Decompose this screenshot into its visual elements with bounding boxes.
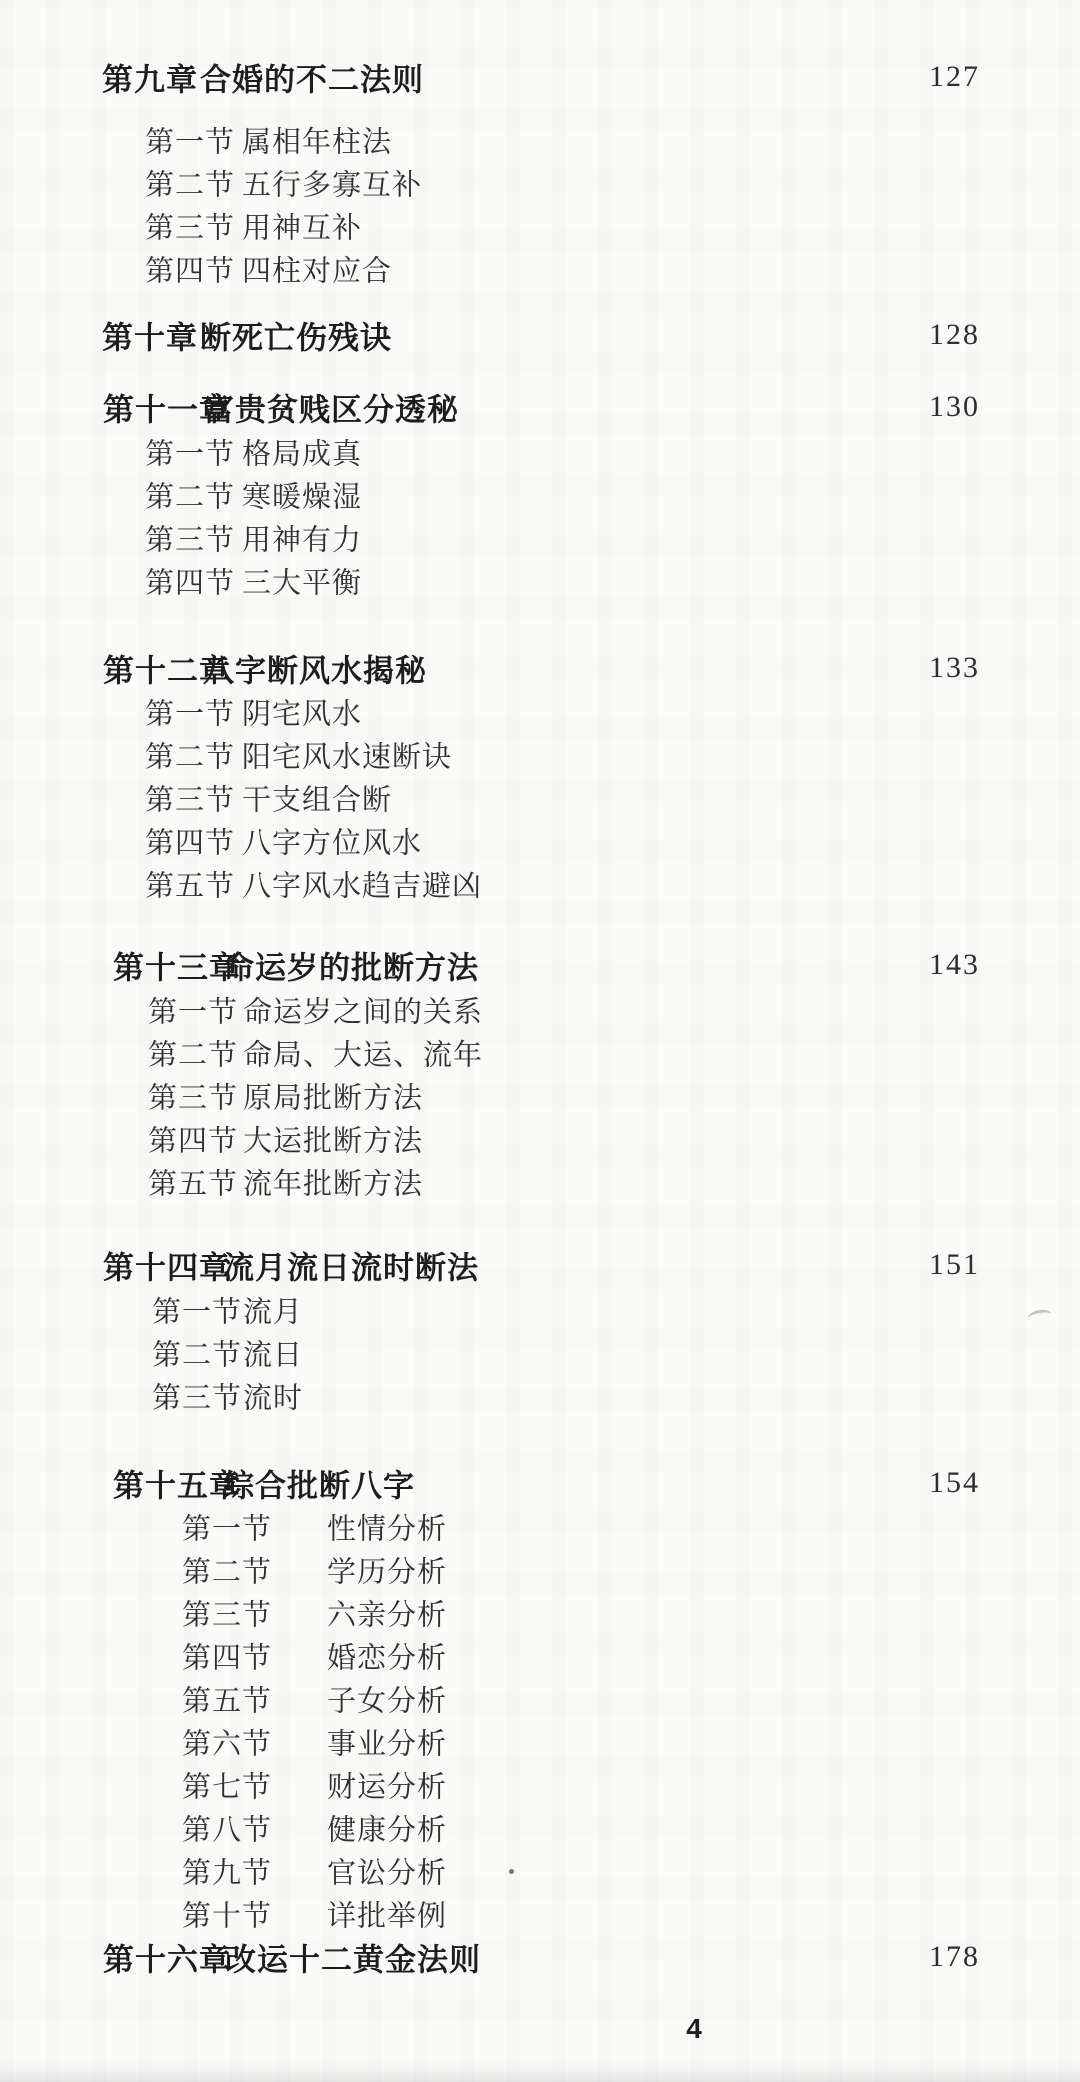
section-title: 属相年柱法 [242,119,392,160]
chapter-label: 第九章 [102,55,198,100]
section-title: 健康分析 [327,1807,447,1848]
toc-section-row: 第八节健康分析 [0,1806,1080,1849]
chapter-label: 第十四章 [103,1243,231,1288]
toc-section-row: 第七节财运分析 [0,1763,1080,1806]
section-title: 事业分析 [327,1721,447,1762]
section-label: 第二节 [152,1332,242,1373]
toc-section-row: 第五节子女分析 [0,1677,1080,1720]
section-title: 三大平衡 [242,560,362,601]
toc-section-list: 第一节阴宅风水第二节阳宅风水速断诀第三节干支组合断第四节八字方位风水第五节八字风… [0,690,1080,905]
toc-chapter-row: 第十章断死亡伤残诀128 [0,313,1080,357]
section-title: 格局成真 [242,431,362,472]
toc-section-row: 第三节流时 [0,1374,1080,1417]
toc-section-row: 第三节用神有力 [0,516,1080,559]
page-number-folio: 4 [670,2013,718,2045]
scan-speck [509,1869,514,1874]
toc-section-row: 第十节详批举例 [0,1892,1080,1935]
section-label: 第五节 [145,863,235,904]
toc-section-row: 第四节三大平衡 [0,559,1080,602]
section-title: 官讼分析 [327,1850,447,1891]
toc-section-row: 第三节干支组合断 [0,776,1080,819]
section-title: 财运分析 [327,1764,447,1805]
toc-section-row: 第六节事业分析 [0,1720,1080,1763]
section-label: 第四节 [182,1635,272,1676]
section-label: 第七节 [182,1764,272,1805]
toc-chapter-row: 第十二章八字断风水揭秘133 [0,646,1080,690]
toc-section-row: 第二节命局、大运、流年 [0,1031,1080,1074]
chapter-title: 富贵贫贱区分透秘 [203,385,459,430]
toc-chapter-row: 第十六章改运十二黄金法则178 [0,1935,1080,1979]
toc-section-row: 第一节阴宅风水 [0,690,1080,733]
toc-section-list: 第一节属相年柱法第二节五行多寡互补第三节用神互补第四节四柱对应合 [0,118,1080,290]
section-title: 干支组合断 [242,777,392,818]
section-label: 第四节 [148,1118,238,1159]
toc-chapter-row: 第十五章综合批断八字154 [0,1461,1080,1505]
toc-section-list: 第一节格局成真第二节寒暖燥湿第三节用神有力第四节三大平衡 [0,430,1080,602]
section-title: 婚恋分析 [327,1635,447,1676]
chapter-page-number: 128 [929,318,980,352]
toc-section-row: 第四节四柱对应合 [0,247,1080,290]
section-label: 第八节 [182,1807,272,1848]
section-label: 第十节 [182,1893,272,1934]
toc-section-row: 第三节六亲分析 [0,1591,1080,1634]
toc-chapter-block: 第十二章八字断风水揭秘133第一节阴宅风水第二节阳宅风水速断诀第三节干支组合断第… [0,646,1080,905]
toc-chapter-row: 第十三章命运岁的批断方法143 [0,943,1080,987]
section-label: 第四节 [145,560,235,601]
chapter-label: 第十六章 [103,1935,231,1980]
scan-edge-shadow [0,2066,1080,2082]
toc-chapter-row: 第九章合婚的不二法则127 [0,55,1080,99]
chapter-label: 第十章 [102,313,198,358]
section-label: 第二节 [145,734,235,775]
section-label: 第四节 [145,820,235,861]
toc-chapter-row: 第十四章流月流日流时断法151 [0,1243,1080,1287]
section-label: 第三节 [145,777,235,818]
section-title: 四柱对应合 [242,248,392,289]
section-label: 第一节 [148,989,238,1030]
toc-section-row: 第一节属相年柱法 [0,118,1080,161]
section-label: 第一节 [182,1506,272,1547]
section-title: 用神互补 [242,205,362,246]
chapter-title: 合婚的不二法则 [200,55,424,100]
toc-section-row: 第五节流年批断方法 [0,1160,1080,1203]
chapter-page-number: 154 [929,1466,980,1500]
section-title: 详批举例 [327,1893,447,1934]
toc-section-row: 第二节寒暖燥湿 [0,473,1080,516]
toc-section-row: 第四节婚恋分析 [0,1634,1080,1677]
section-label: 第四节 [145,248,235,289]
section-label: 第二节 [148,1032,238,1073]
section-title: 子女分析 [327,1678,447,1719]
toc-section-row: 第一节流月 [0,1288,1080,1331]
section-title: 阴宅风水 [242,691,362,732]
section-title: 用神有力 [242,517,362,558]
toc-section-list: 第一节流月第二节流日第三节流时 [0,1288,1080,1417]
toc-chapter-block: 第十四章流月流日流时断法151第一节流月第二节流日第三节流时 [0,1243,1080,1417]
section-title: 流时 [243,1375,303,1416]
toc-section-row: 第二节流日 [0,1331,1080,1374]
chapter-label: 第十三章 [113,943,241,988]
toc-section-row: 第四节大运批断方法 [0,1117,1080,1160]
chapter-label: 第十五章 [113,1461,241,1506]
section-label: 第三节 [145,517,235,558]
chapter-page-number: 127 [929,60,980,94]
section-label: 第六节 [182,1721,272,1762]
toc-chapter-block: 第十章断死亡伤残诀128 [0,313,1080,357]
toc-section-row: 第一节命运岁之间的关系 [0,988,1080,1031]
chapter-title: 流月流日流时断法 [223,1243,479,1288]
section-title: 流年批断方法 [243,1161,423,1202]
section-label: 第五节 [182,1678,272,1719]
section-label: 第二节 [145,162,235,203]
section-label: 第三节 [148,1075,238,1116]
section-title: 学历分析 [327,1549,447,1590]
toc-section-row: 第四节八字方位风水 [0,819,1080,862]
toc-section-row: 第一节格局成真 [0,430,1080,473]
section-title: 大运批断方法 [243,1118,423,1159]
toc-section-list: 第一节性情分析第二节学历分析第三节六亲分析第四节婚恋分析第五节子女分析第六节事业… [0,1505,1080,1935]
section-label: 第二节 [182,1549,272,1590]
toc-section-row: 第二节学历分析 [0,1548,1080,1591]
section-label: 第一节 [145,431,235,472]
toc-section-row: 第九节官讼分析 [0,1849,1080,1892]
chapter-title: 八字断风水揭秘 [203,646,427,691]
section-label: 第三节 [182,1592,272,1633]
chapter-title: 断死亡伤残诀 [200,313,392,358]
section-title: 性情分析 [327,1506,447,1547]
section-label: 第一节 [152,1289,242,1330]
chapter-page-number: 178 [929,1940,980,1974]
section-title: 阳宅风水速断诀 [242,734,452,775]
chapter-title: 命运岁的批断方法 [223,943,479,988]
table-of-contents: 第九章合婚的不二法则127第一节属相年柱法第二节五行多寡互补第三节用神互补第四节… [0,0,1080,1979]
chapter-page-number: 143 [929,948,980,982]
chapter-page-number: 151 [929,1248,980,1282]
section-title: 八字方位风水 [242,820,422,861]
toc-chapter-block: 第十六章改运十二黄金法则178 [0,1935,1080,1979]
section-label: 第五节 [148,1161,238,1202]
section-label: 第三节 [145,205,235,246]
section-label: 第二节 [145,474,235,515]
chapter-page-number: 130 [929,390,980,424]
section-label: 第一节 [145,691,235,732]
section-title: 流日 [243,1332,303,1373]
toc-chapter-block: 第十三章命运岁的批断方法143第一节命运岁之间的关系第二节命局、大运、流年第三节… [0,943,1080,1203]
section-label: 第一节 [145,119,235,160]
toc-chapter-block: 第十一章富贵贫贱区分透秘130第一节格局成真第二节寒暖燥湿第三节用神有力第四节三… [0,385,1080,602]
toc-section-row: 第二节阳宅风水速断诀 [0,733,1080,776]
toc-section-row: 第一节性情分析 [0,1505,1080,1548]
toc-chapter-block: 第九章合婚的不二法则127第一节属相年柱法第二节五行多寡互补第三节用神互补第四节… [0,55,1080,290]
section-title: 命局、大运、流年 [243,1032,483,1073]
toc-chapter-row: 第十一章富贵贫贱区分透秘130 [0,385,1080,429]
section-title: 六亲分析 [327,1592,447,1633]
chapter-title: 改运十二黄金法则 [225,1935,481,1980]
chapter-page-number: 133 [929,651,980,685]
toc-chapter-block: 第十五章综合批断八字154第一节性情分析第二节学历分析第三节六亲分析第四节婚恋分… [0,1461,1080,1935]
scanned-book-page: 第九章合婚的不二法则127第一节属相年柱法第二节五行多寡互补第三节用神互补第四节… [0,0,1080,1979]
section-title: 命运岁之间的关系 [243,989,483,1030]
section-label: 第三节 [152,1375,242,1416]
toc-section-row: 第三节原局批断方法 [0,1074,1080,1117]
section-label: 第九节 [182,1850,272,1891]
section-title: 八字风水趋吉避凶 [242,863,482,904]
section-title: 原局批断方法 [243,1075,423,1116]
toc-section-row: 第五节八字风水趋吉避凶 [0,862,1080,905]
toc-section-row: 第二节五行多寡互补 [0,161,1080,204]
toc-section-list: 第一节命运岁之间的关系第二节命局、大运、流年第三节原局批断方法第四节大运批断方法… [0,988,1080,1203]
chapter-title: 综合批断八字 [223,1461,415,1506]
section-title: 五行多寡互补 [242,162,422,203]
toc-section-row: 第三节用神互补 [0,204,1080,247]
section-title: 寒暖燥湿 [242,474,362,515]
section-title: 流月 [243,1289,303,1330]
